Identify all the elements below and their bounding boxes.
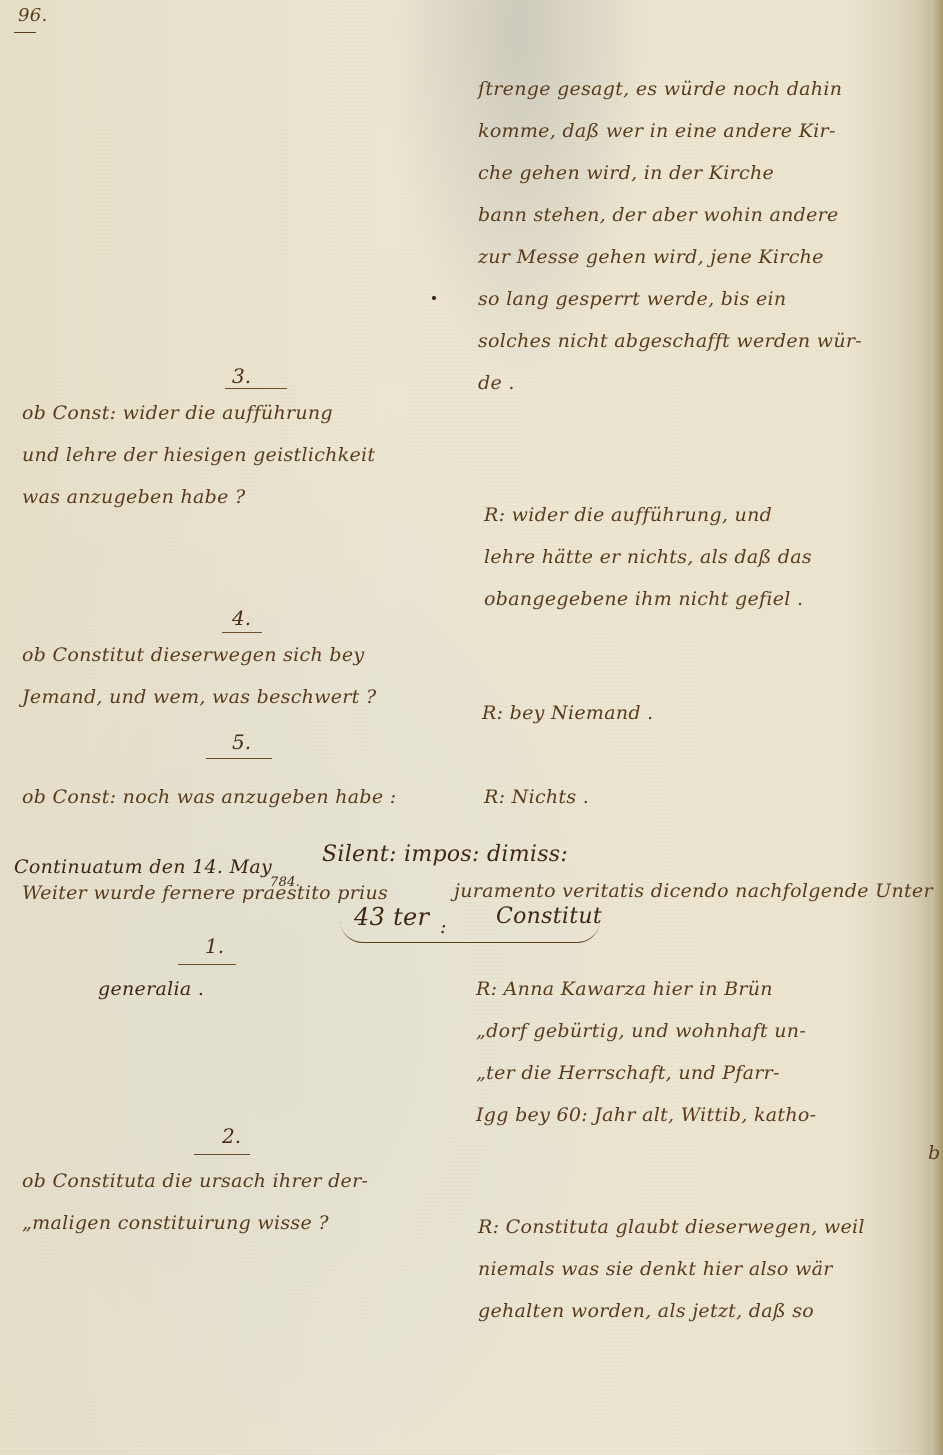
text-line: ob Constituta die ursach ihrer der- xyxy=(22,1160,462,1202)
text-line: ob Const: noch was anzugeben habe : xyxy=(22,776,462,818)
text-line: R: Constituta glaubt dieserwegen, weil xyxy=(478,1206,933,1248)
text-line: so lang gesperrt werde, bis ein xyxy=(478,278,933,320)
question-number-rule xyxy=(194,1154,250,1155)
text-line: ſtrenge gesagt, es würde noch dahin xyxy=(478,68,933,110)
answer-continuation: ſtrenge gesagt, es würde noch dahin komm… xyxy=(478,68,933,404)
text-line: ob Const: wider die aufführung xyxy=(22,392,462,434)
question-number-rule xyxy=(178,964,236,965)
text-line: de . xyxy=(478,362,933,404)
answer-2: R: Constituta glaubt dieserwegen, weil n… xyxy=(478,1206,933,1332)
text-line: Jemand, und wem, was beschwert ? xyxy=(22,676,462,718)
answer-4: R: bey Niemand . xyxy=(482,692,654,734)
text-line: R: wider die aufführung, und xyxy=(484,494,939,536)
question-number-rule xyxy=(222,632,262,633)
decorative-brace xyxy=(340,920,600,943)
text-line: lehre hätte er nichts, als daß das xyxy=(484,536,939,578)
page-number-underline xyxy=(14,32,36,33)
answer-3: R: wider die aufführung, und lehre hätte… xyxy=(484,494,939,620)
text-line: was anzugeben habe ? xyxy=(22,476,462,518)
answer-5: R: Nichts . xyxy=(484,776,589,818)
text-line: niemals was sie denkt hier also wär xyxy=(478,1248,933,1290)
question-number-rule xyxy=(206,758,272,759)
text-line: ob Constitut dieserwegen sich bey xyxy=(22,634,462,676)
answer-1: R: Anna Kawarza hier in Brün „dorf gebür… xyxy=(476,968,931,1136)
text-line: obangegebene ihm nicht gefiel . xyxy=(484,578,939,620)
question-2: ob Constituta die ursach ihrer der- „mal… xyxy=(22,1160,462,1244)
question-number-1: 1. xyxy=(205,934,224,958)
text-line: und lehre der hiesigen geistlichkeit xyxy=(22,434,462,476)
text-line: gehalten worden, als jetzt, daß so xyxy=(478,1290,933,1332)
text-line: Igg bey 60: Jahr alt, Wittib, katho- xyxy=(476,1094,931,1136)
text-line: „maligen constituirung wisse ? xyxy=(22,1202,462,1244)
text-line: solches nicht abgeschafft werden wür- xyxy=(478,320,933,362)
question-number-2: 2. xyxy=(222,1124,241,1148)
question-number-4: 4. xyxy=(232,606,251,630)
text-line: „ter die Herrschaft, und Pfarr- xyxy=(476,1052,931,1094)
text-line: R: Anna Kawarza hier in Brün xyxy=(476,968,931,1010)
question-1: generalia . xyxy=(98,968,204,1010)
text-line: komme, daß wer in eine andere Kir- xyxy=(478,110,933,152)
manuscript-page: 96. ſtrenge gesagt, es würde noch dahin … xyxy=(0,0,943,1455)
page-number: 96. xyxy=(18,4,48,28)
text-line: „dorf gebürtig, und wohnhaft un- xyxy=(476,1010,931,1052)
question-5: ob Const: noch was anzugeben habe : xyxy=(22,776,462,818)
question-4: ob Constitut dieserwegen sich bey Jemand… xyxy=(22,634,462,718)
session-line-2: Weiter wurde fernere praestito prius xyxy=(22,872,388,914)
text-line: che gehen wird, in der Kirche xyxy=(478,152,933,194)
text-line: bann stehen, der aber wohin andere xyxy=(478,194,933,236)
question-3: ob Const: wider die aufführung und lehre… xyxy=(22,392,462,518)
ink-dot xyxy=(432,296,436,300)
margin-letter: b xyxy=(928,1132,940,1174)
text-line: zur Messe gehen wird, jene Kirche xyxy=(478,236,933,278)
question-number-3: 3. xyxy=(232,364,251,388)
question-number-5: 5. xyxy=(232,730,251,754)
question-number-rule xyxy=(225,388,287,389)
